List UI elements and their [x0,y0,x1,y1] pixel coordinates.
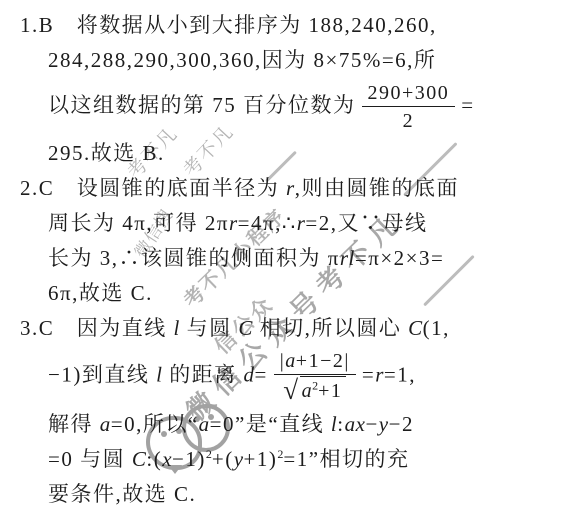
solution-line: =0 与圆 C:(x−1)2+(y+1)2=1”相切的充 [20,442,580,477]
solution-line: 3.C 因为直线 l 与圆 C 相切,所以圆心 C(1, [20,311,580,346]
text-run: =2,又∵母线 [305,211,427,235]
solution-line: 284,288,290,300,360,因为 8×75%=6,所 [20,43,580,78]
text-run: 2 [403,110,415,132]
text-run: C [132,447,147,471]
fraction: |a+1−2|√a2+1 [274,348,356,405]
text-run: =1”相切的充 [283,447,409,471]
solution-item-2: 2.C 设圆锥的底面半径为 r,则由圆锥的底面周长为 4π,可得 2πr=4π,… [20,171,580,311]
solution-line: −1)到直线 l 的距离 d=|a+1−2|√a2+1=r=1, [20,346,580,407]
text-run: =0 与圆 [48,447,132,471]
text-run: − [365,412,378,436]
text-run: 周长为 4π,可得 2π [48,211,229,235]
text-run: 要条件,故选 C. [48,482,196,506]
text-run: +1 [318,380,342,402]
text-run: =1, [384,362,416,386]
solution-line: 295.故选 B. [20,136,580,171]
solution-line: 2.C 设圆锥的底面半径为 r,则由圆锥的底面 [20,171,580,206]
solution-line: 1.B 将数据从小到大排序为 188,240,260, [20,8,580,43]
text-run: 与圆 [180,316,239,340]
solution-line: 周长为 4π,可得 2πr=4π,∴r=2,又∵母线 [20,206,580,241]
text-run: +1) [244,447,278,471]
text-run: 3.C 因为直线 [20,316,174,340]
text-run: x [162,447,172,471]
text-run: 284,288,290,300,360,因为 8×75%=6,所 [48,48,436,72]
solution-line: 要条件,故选 C. [20,477,580,512]
text-run: C [238,316,253,340]
text-run: 1.B 将数据从小到大排序为 188,240,260, [20,13,437,37]
text-run: 295.故选 B. [48,141,165,165]
text-run: 长为 3,∴该圆锥的侧面积为 π [48,246,340,270]
solution-line: 解得 a=0,所以“a=0”是“直线 l:ax−y−2 [20,407,580,442]
text-run: a [302,380,313,402]
text-run: +1−2| [296,350,350,372]
text-run: a [100,412,111,436]
text-run: d [243,362,254,386]
text-run: r [286,176,295,200]
text-run: a [285,350,296,372]
solution-line: 长为 3,∴该圆锥的侧面积为 πrl=π×2×3= [20,241,580,276]
text-run: 6π,故选 C. [48,281,153,305]
text-run: ,则由圆锥的底面 [295,176,459,200]
text-run: = [254,362,267,386]
text-run: =0,所以“ [111,412,199,436]
fraction: 290+3002 [362,80,456,134]
text-run: +( [212,447,234,471]
solution-line: 以这组数据的第 75 百分位数为290+3002= [20,78,580,136]
text-run: C [408,316,423,340]
solution-line: 6π,故选 C. [20,276,580,311]
text-run: =0”是“直线 [210,412,331,436]
text-run: : [337,412,344,436]
text-run: a [199,412,210,436]
text-run: =π×2×3= [355,246,444,270]
text-run: ax [345,412,366,436]
text-run: 以这组数据的第 75 百分位数为 [48,93,356,117]
text-run: r [229,211,238,235]
text-run: =4π,∴ [238,211,297,235]
text-run: y [234,447,244,471]
text-run: :( [146,447,162,471]
text-run: = [362,362,375,386]
text-run: (1, [423,316,450,340]
text-run: −1) [172,447,206,471]
solution-item-1: 1.B 将数据从小到大排序为 188,240,260,284,288,290,3… [20,8,580,171]
text-run: r [375,362,384,386]
text-run: 解得 [48,412,100,436]
radical-sign: √ [283,377,299,404]
solutions-list: 1.B 将数据从小到大排序为 188,240,260,284,288,290,3… [0,0,584,512]
text-run: 2.C 设圆锥的底面半径为 [20,176,286,200]
solution-item-3: 3.C 因为直线 l 与圆 C 相切,所以圆心 C(1,−1)到直线 l 的距离… [20,311,580,512]
text-run: = [461,93,474,117]
text-run: rl [340,246,355,270]
text-run: −2 [389,412,414,436]
text-run: 290+300 [368,82,450,104]
text-run: y [379,412,389,436]
text-run: 相切,所以圆心 [253,316,408,340]
square-root: √a2+1 [283,376,346,404]
solutions-page: { "colors": { "text": "#1d1d1d", "waterm… [0,0,584,524]
text-run: −1)到直线 [48,362,156,386]
text-run: 的距离 [162,362,243,386]
